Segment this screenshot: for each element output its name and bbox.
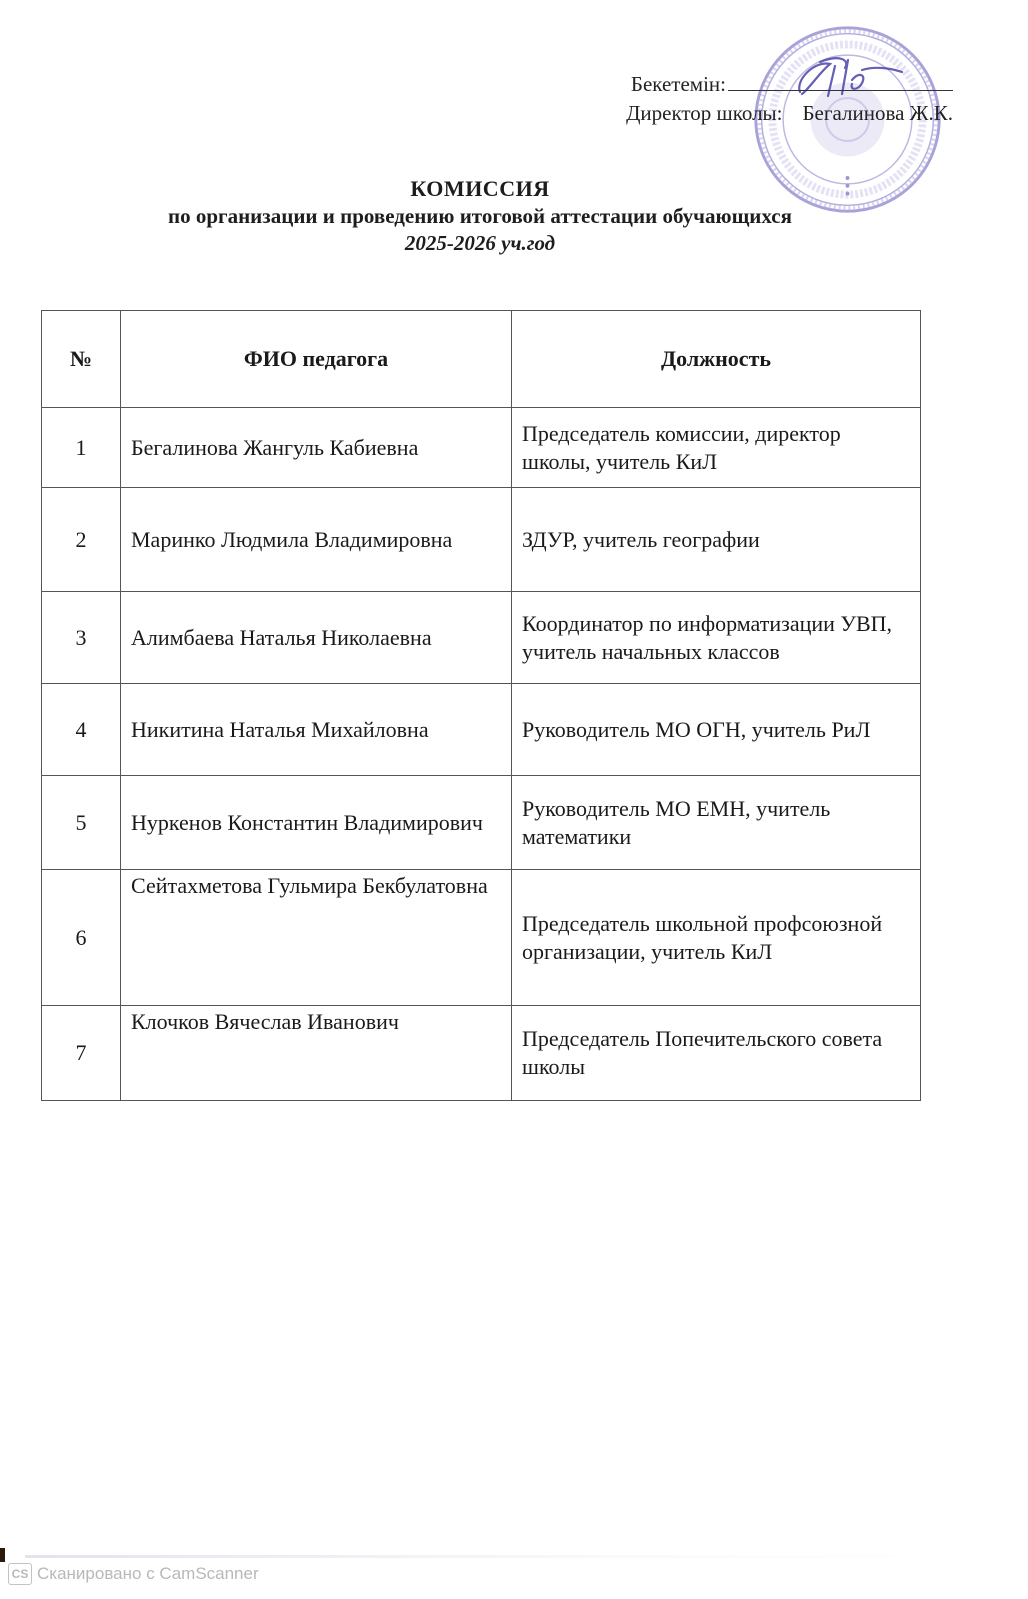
row-name: Нуркенов Константин Владимирович	[121, 776, 512, 870]
table-row: 2 Маринко Людмила Владимировна ЗДУР, учи…	[42, 488, 921, 592]
commission-table: № ФИО педагога Должность 1 Бегалинова Жа…	[41, 310, 921, 1101]
row-name: Маринко Людмила Владимировна	[121, 488, 512, 592]
row-number: 3	[42, 592, 121, 684]
table-row: 4 Никитина Наталья Михайловна Руководите…	[42, 684, 921, 776]
title-subtitle: по организации и проведению итоговой атт…	[0, 203, 960, 230]
scan-edge-mark	[0, 1548, 5, 1562]
table-row: 5 Нуркенов Константин Владимирович Руков…	[42, 776, 921, 870]
row-position: Руководитель МО ЕМН, учитель математики	[512, 776, 921, 870]
camscanner-logo-icon: CS	[8, 1563, 32, 1585]
row-position: Координатор по информатизации УВП, учите…	[512, 592, 921, 684]
row-name: Алимбаева Наталья Николаевна	[121, 592, 512, 684]
camscanner-watermark: CS Сканировано с CamScanner	[8, 1563, 259, 1585]
row-number: 1	[42, 408, 121, 488]
table-row: 6 Сейтахметова Гульмира Бекбулатовна Пре…	[42, 870, 921, 1006]
director-line: Директор школы:Бегалинова Ж.К.	[626, 99, 953, 128]
document-page: Бекетемін: Директор школы:Бегалинова Ж.К…	[0, 0, 1028, 1599]
row-number: 7	[42, 1006, 121, 1101]
row-number: 5	[42, 776, 121, 870]
row-number: 4	[42, 684, 121, 776]
table-row: 1 Бегалинова Жангуль Кабиевна Председате…	[42, 408, 921, 488]
approval-block: Бекетемін: Директор школы:Бегалинова Ж.К…	[626, 70, 953, 128]
table-row: 3 Алимбаева Наталья Николаевна Координат…	[42, 592, 921, 684]
row-position: Председатель комиссии, директор школы, у…	[512, 408, 921, 488]
director-role: Директор школы:	[626, 101, 782, 125]
title-main: КОМИССИЯ	[0, 175, 960, 203]
document-title: КОМИССИЯ по организации и проведению ито…	[0, 175, 960, 257]
row-name: Никитина Наталья Михайловна	[121, 684, 512, 776]
row-name: Клочков Вячеслав Иванович	[121, 1006, 512, 1101]
header-number: №	[42, 311, 121, 408]
watermark-text: Сканировано с CamScanner	[37, 1564, 259, 1584]
row-number: 6	[42, 870, 121, 1006]
row-name: Сейтахметова Гульмира Бекбулатовна	[121, 870, 512, 1006]
table-header-row: № ФИО педагога Должность	[42, 311, 921, 408]
row-position: Руководитель МО ОГН, учитель РиЛ	[512, 684, 921, 776]
row-position: ЗДУР, учитель географии	[512, 488, 921, 592]
row-name: Бегалинова Жангуль Кабиевна	[121, 408, 512, 488]
row-position: Председатель школьной профсоюзной органи…	[512, 870, 921, 1006]
approval-line: Бекетемін:	[626, 70, 953, 99]
header-name: ФИО педагога	[121, 311, 512, 408]
title-year: 2025-2026 уч.год	[0, 230, 960, 257]
row-number: 2	[42, 488, 121, 592]
approval-label: Бекетемін:	[631, 70, 726, 99]
row-position: Председатель Попечительского совета школ…	[512, 1006, 921, 1101]
signature-line	[728, 70, 953, 91]
director-name: Бегалинова Ж.К.	[803, 101, 954, 125]
table-row: 7 Клочков Вячеслав Иванович Председатель…	[42, 1006, 921, 1101]
header-position: Должность	[512, 311, 921, 408]
scan-streak	[25, 1555, 1015, 1558]
